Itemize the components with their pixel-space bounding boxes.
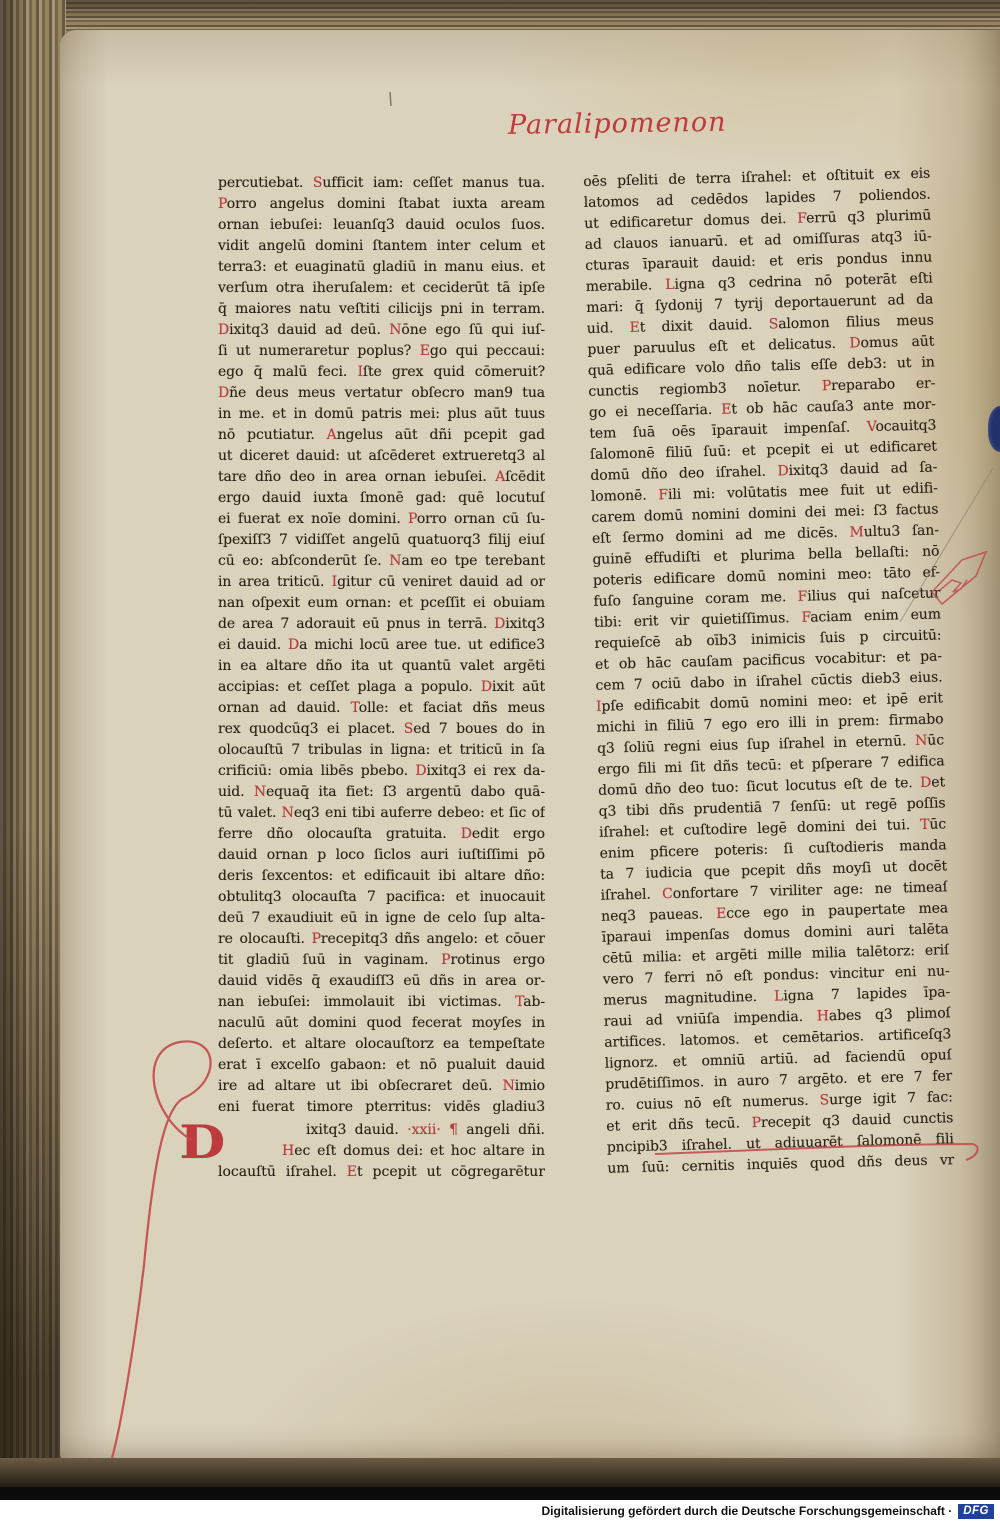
text-line: verſum otra iheruſalem: et ceciderūt tā … — [218, 278, 545, 299]
chapter-initial: D — [179, 1118, 250, 1166]
text-line: ei fuerat ex noīe domini. Porro ornan cū… — [218, 509, 545, 530]
book-shadow — [0, 1458, 1000, 1487]
credit-text: Digitalisierung gefördert durch die Deut… — [541, 1504, 952, 1518]
text-line: olocauſtū 7 tribulas in ligna: et tritic… — [218, 740, 545, 761]
page-edges-left — [0, 0, 66, 1500]
text-line: ego q̄ malū feci. Iſte grex quid cōmerui… — [218, 362, 545, 383]
bookmark-tab — [988, 406, 1000, 452]
text-line: naculū aūt domini quod fecerat moyſes in — [218, 1013, 545, 1034]
text-line: Porro angelus domini ſtabat iuxta aream — [218, 194, 545, 215]
dfg-logo: DFG — [958, 1504, 994, 1519]
text-line: ferre dño olocauſta gratuita. Dedit ergo — [218, 824, 545, 845]
text-line: nō pcutiatur. Angelus aūt dñi pcepit gad — [218, 425, 545, 446]
text-line: obtulitq3 olocauſta 7 pacifica: et inuoc… — [218, 887, 545, 908]
text-line: ut diceret dauid: ut aſcēderet extrueret… — [218, 446, 545, 467]
text-line: deū 7 exaudiuit eū in igne de celo ſup a… — [218, 908, 545, 929]
text-line: eni fuerat timore pterritus: vidēs gladi… — [218, 1097, 545, 1118]
text-line: re olocauſti. Precepitq3 dñs angelo: et … — [218, 929, 545, 950]
text-line: percutiebat. Sufficit iam: ceſſet manus … — [218, 173, 545, 194]
chapter-block: D ixitq3 dauid. ·xxii· ¶ angeli dñi. Hec… — [218, 1120, 545, 1183]
text-line: ergo dauid iuxta ſmonē gad: quē locutuſ — [218, 488, 545, 509]
text-line: tare dño deo in area ornan iebuſei. Aſcē… — [218, 467, 545, 488]
text-line: Dixitq3 dauid ad deū. Nōne ego ſū qui iu… — [218, 320, 545, 341]
running-title: Paralipomenon — [508, 106, 768, 141]
text-line: dauid ornan p loco ſiclos auri iuſtiſſim… — [218, 845, 545, 866]
text-line: ornan iebuſei: leuanſq3 dauid oculos ſuo… — [218, 215, 545, 236]
text-line: de area 7 adorauit eū pnus in terrā. Dix… — [218, 614, 545, 635]
text-line: tit gladiū ſuū in vaginam. Protinus ergo — [218, 950, 545, 971]
text-line: q̄ maiores natu veſtiti cilicijs pni in … — [218, 299, 545, 320]
text-line: crificiū: omia libēs pbebo. Dixitq3 ei r… — [218, 761, 545, 782]
footer-divider — [0, 1487, 1000, 1500]
text-line: Dñe deus meus vertatur obſecro man9 tua — [218, 383, 545, 404]
text-line: ſi ut numeraretur poplus? Ego qui peccau… — [218, 341, 545, 362]
text-line: in ea altare dño ita ut quantū valet arg… — [218, 656, 545, 677]
text-line: uid. Nequaq̄ ita fiet: ſ3 argentū dabo q… — [218, 782, 545, 803]
text-line: deris ſexcentos: et edificauit ibi altar… — [218, 866, 545, 887]
text-line: tū valet. Neq3 eni tibi auferre debeo: e… — [218, 803, 545, 824]
text-line: nan oſpexit eum ornan: et pceſſit ei obu… — [218, 593, 545, 614]
text-line: terra3: et euaginatū gladiū in manu eius… — [218, 257, 545, 278]
text-line: ire ad altare ut ibi obſecraret deū. Nim… — [218, 1076, 545, 1097]
text-line: ornan ad dauid. Tolle: et faciat dñs meu… — [218, 698, 545, 719]
text-line: cū eo: abſconderūt ſe. Nam eo tpe tereba… — [218, 551, 545, 572]
text-line: nan iebuſei: immolauit ibi victimas. Tab… — [218, 992, 545, 1013]
text-line: deſerto. et altare olocauſtorz ea tempeſ… — [218, 1034, 545, 1055]
text-line: in area triticū. Igitur cū veniret dauid… — [218, 572, 545, 593]
book-scan-photo: Paralipomenon percutiebat. Sufficit iam:… — [0, 0, 1000, 1522]
text-line: accipias: et ceſſet plaga a populo. Dixi… — [218, 677, 545, 698]
ink-speck — [390, 92, 391, 106]
text-line: vidit angelū domini ſtantem inter celum … — [218, 236, 545, 257]
text-line: in me. et in domū patris mei: plus aūt t… — [218, 404, 545, 425]
text-line: erat ī excelſo gabaon: et nō pualuit dau… — [218, 1055, 545, 1076]
text-line: rex quodcūq3 ei placet. Sed 7 boues do i… — [218, 719, 545, 740]
chapter-opening-line: ixitq3 dauid. ·xxii· ¶ angeli dñi. — [218, 1120, 545, 1141]
text-line: ei dauid. Da michi locū aree tue. ut edi… — [218, 635, 545, 656]
text-line: dauid vidēs q̄ exaudiſſ3 eū dñs in area … — [218, 971, 545, 992]
manuscript-page: Paralipomenon percutiebat. Sufficit iam:… — [60, 30, 1000, 1462]
text-line: ſpexiſſ3 7 vidiſſet angelū quatuorq3 fil… — [218, 530, 545, 551]
text-column-right: oēs pſeliti de terra iſrahel: et oſtitui… — [583, 164, 955, 1180]
footer-credit-bar: Digitalisierung gefördert durch die Deut… — [0, 1500, 1000, 1522]
chapter-line-3: locauſtū iſrahel. Et pcepit ut cōgregarē… — [218, 1162, 545, 1183]
chapter-line-2: Hec eſt domus dei: et hoc altare in o- — [218, 1141, 545, 1162]
text-column-left: percutiebat. Sufficit iam: ceſſet manus … — [218, 173, 545, 1118]
